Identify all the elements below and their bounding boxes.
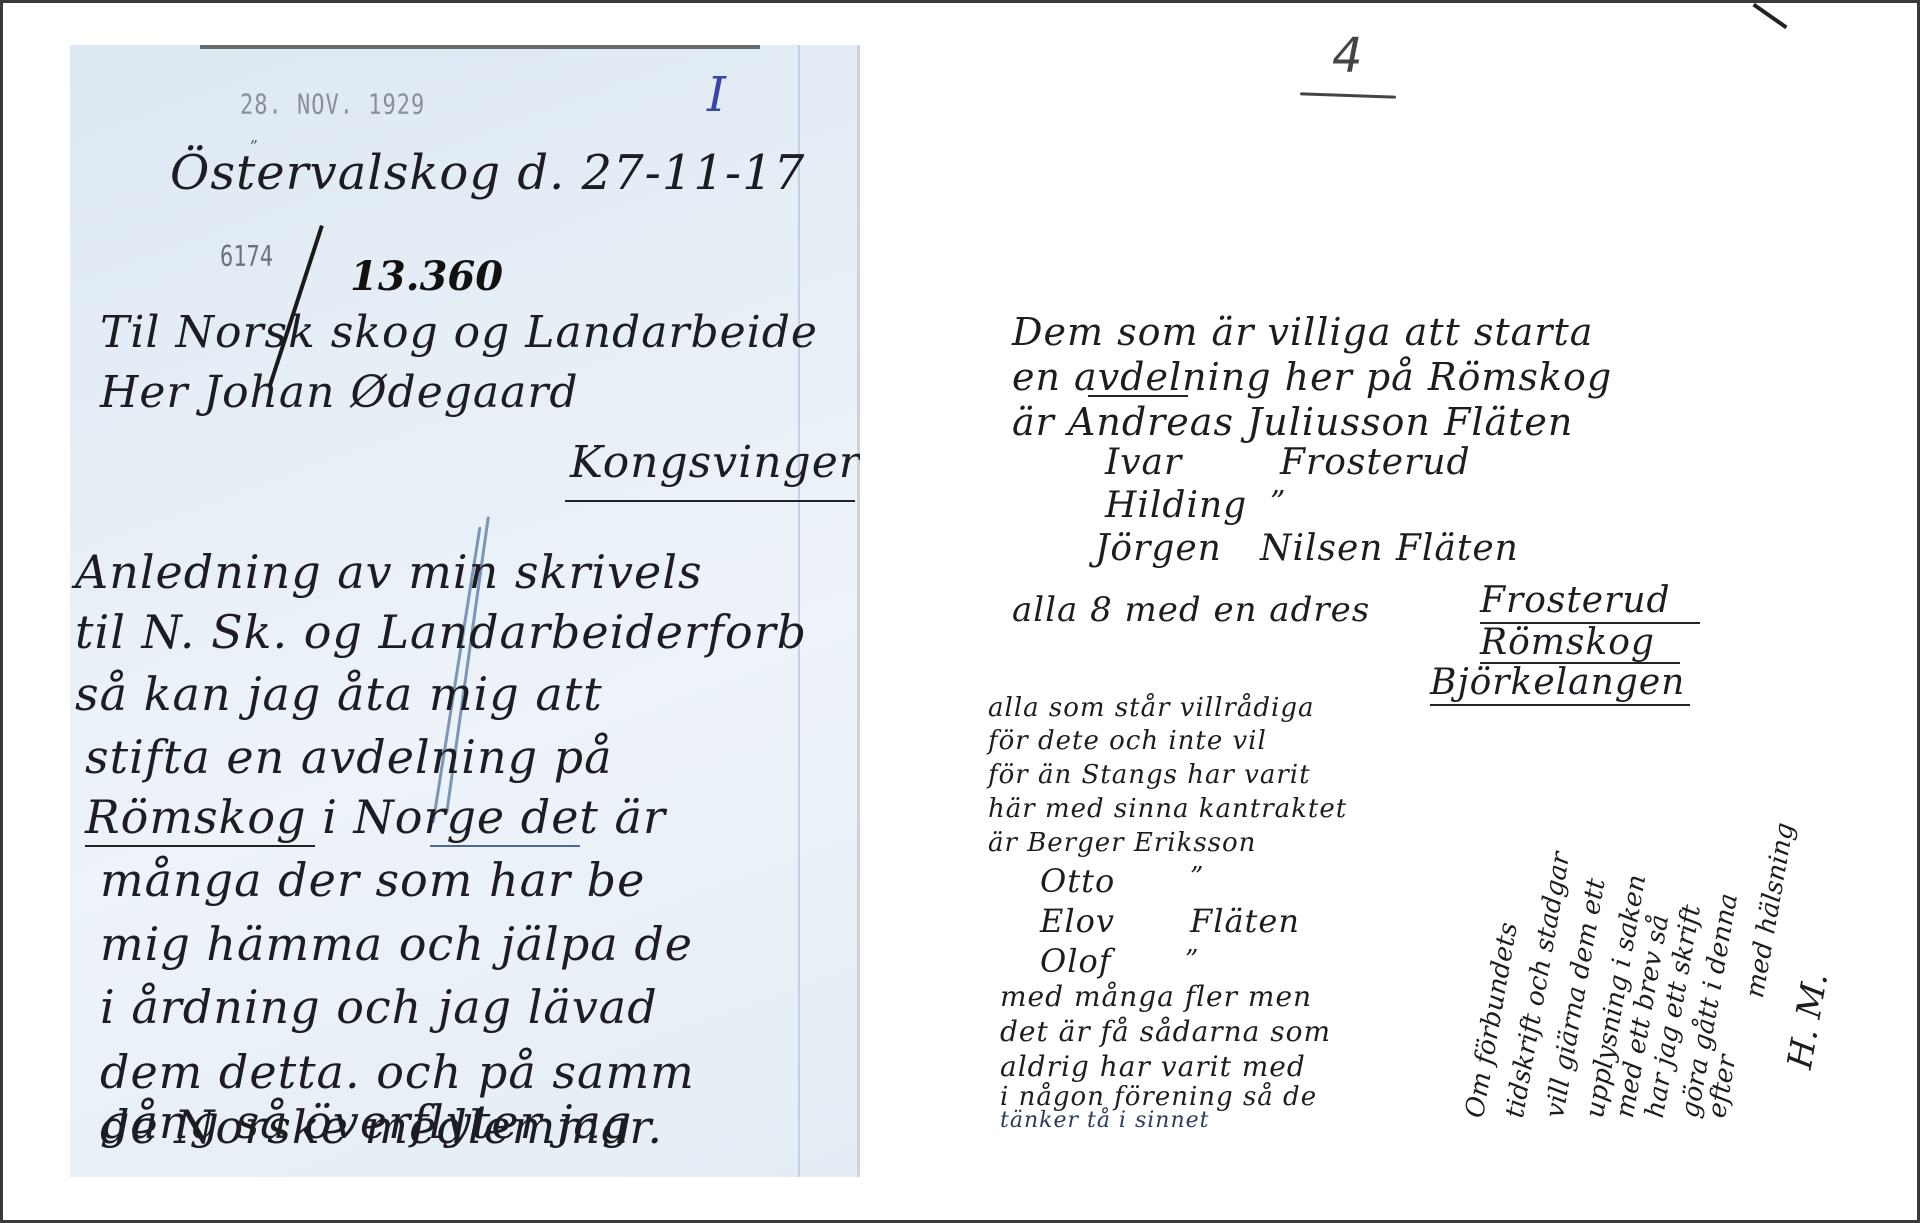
name-last: Fläten [1190, 902, 1300, 940]
name-first: Ivar [1105, 442, 1182, 483]
text-line: är Andreas Juliusson Fläten [1012, 400, 1573, 444]
address-underline [565, 500, 855, 502]
avdelning-underline [1088, 395, 1188, 397]
archive-reference: 13.360 [350, 253, 503, 300]
name-first: Jörgen [1095, 528, 1222, 569]
text-line: Dem som är villiga att starta [1012, 310, 1593, 354]
scan-edge-mark [200, 45, 760, 49]
text-line: alla som står villrådiga [988, 693, 1314, 723]
name-last: ” [1190, 862, 1204, 892]
roman-numeral-marking: I [707, 67, 726, 123]
text-line: en avdelning her på Römskog [1012, 355, 1612, 399]
body-line: så kan jag åta mig att [75, 667, 603, 721]
body-line: de Norske medlemmar. [100, 1100, 663, 1154]
norge-underline [430, 845, 580, 847]
address-line: Til Norsk skog og Landarbeide [100, 307, 818, 358]
address-line: Kongsvinger [570, 437, 860, 488]
name-last: Frosterud [1280, 442, 1471, 483]
body-line: Römskog i Norge det är [85, 790, 666, 844]
text-line: här med sinna kantraktet [988, 794, 1347, 824]
name-last: ” [1185, 945, 1199, 975]
page-number: 4 [1332, 28, 1363, 84]
margin-note-line: med hälsning [1740, 820, 1800, 1000]
body-line: dem detta. och på samm [100, 1045, 695, 1099]
address-line: Frosterud [1480, 580, 1671, 621]
text-line: för än Stangs har varit [988, 760, 1311, 790]
name-first: Otto [1040, 862, 1115, 900]
left-letter-scan: 28. NOV. 1929 „ I Östervalskog d. 27-11-… [70, 45, 860, 1177]
address-underline [1430, 704, 1690, 706]
romskog-underline [85, 845, 315, 847]
body-line: til N. Sk. og Landarbeiderforb [75, 605, 807, 659]
body-line: mig hämma och jälpa de [100, 917, 693, 971]
body-line: stifta en avdelning på [85, 730, 613, 784]
page-number-underline [1300, 92, 1396, 98]
address-line: Björkelangen [1430, 662, 1685, 703]
text-line: för dete och inte vil [988, 726, 1267, 756]
name-first: Olof [1040, 942, 1112, 980]
archive-number: 6174 [220, 241, 273, 274]
name-first: Hilding [1105, 485, 1247, 526]
received-date-stamp: 28. NOV. 1929 [240, 90, 425, 121]
text-line: tänker tå i sinnet [1000, 1108, 1210, 1133]
text-line: aldrig har varit med [1000, 1050, 1306, 1083]
body-line: Anledning av min skrivels [75, 545, 703, 599]
address-line: Römskog [1480, 622, 1655, 663]
paper-edge [857, 45, 860, 1177]
vertical-margin-note: Om förbundets tidskrift och stadgar vill… [1440, 735, 1820, 1135]
name-last: Nilsen Fläten [1260, 528, 1519, 569]
text-line: med många fler men [1000, 980, 1312, 1013]
place-date-line: Östervalskog d. 27-11-17 [170, 145, 805, 201]
stamp-mark: „ [250, 127, 258, 146]
text-line: det är få sådarna som [1000, 1015, 1331, 1048]
name-last: ” [1270, 485, 1286, 520]
address-line: Her Johan Ødegaard [100, 367, 579, 418]
body-line: i årdning och jag lävad [100, 980, 658, 1034]
address-intro: alla 8 med en adres [1012, 590, 1370, 630]
body-line: många der som har be [100, 853, 645, 907]
name-first: Elov [1040, 902, 1115, 940]
text-line: är Berger Eriksson [988, 828, 1256, 858]
